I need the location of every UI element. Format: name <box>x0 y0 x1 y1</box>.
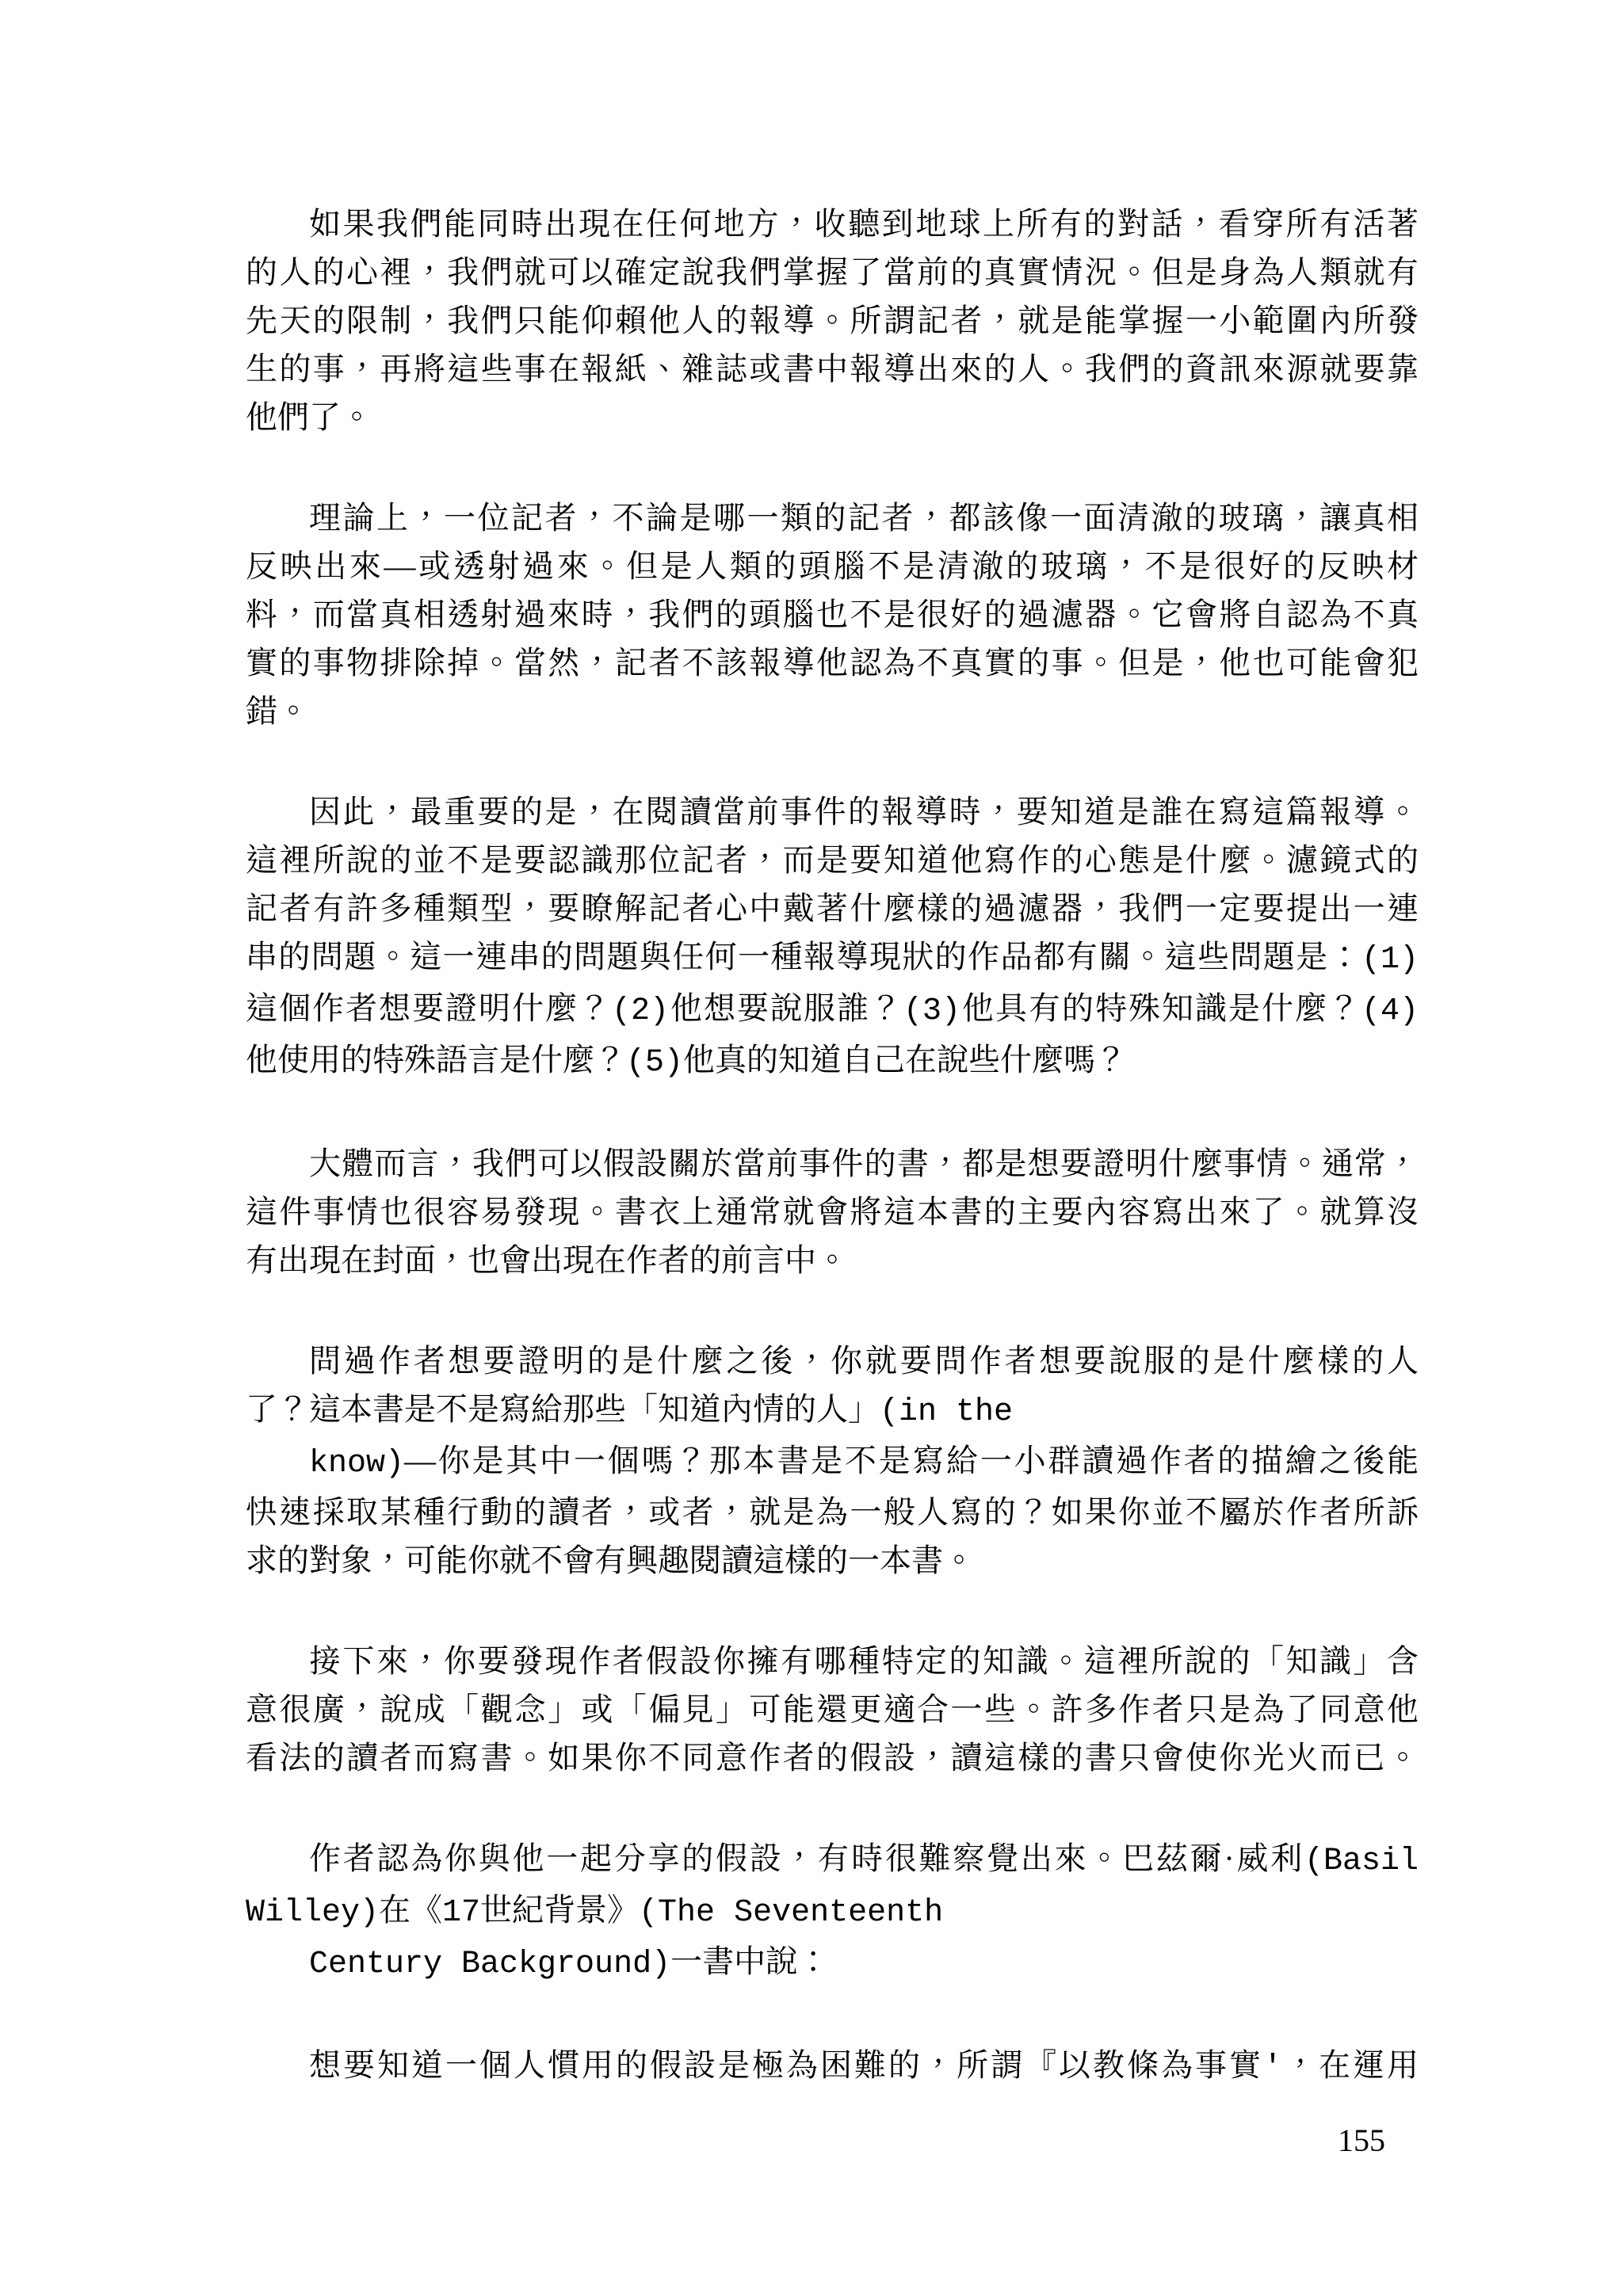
latin-text: ' <box>1263 2050 1282 2086</box>
text-line: 求的對象，可能你就不會有興趣閱讀這樣的一本書。 <box>246 1536 1419 1585</box>
text-line: 意很廣，說成「觀念」或「偏見」可能還更適合一些。許多作者只是為了同意他 <box>246 1685 1419 1733</box>
text-line: 串的問題。這一連串的問題與任何一種報導現狀的作品都有關。這些問題是：(1) <box>246 933 1419 984</box>
latin-text: Willey) <box>246 1895 379 1931</box>
latin-text: (Basil <box>1304 1844 1419 1879</box>
latin-text: (5) <box>626 1045 683 1081</box>
text-line: 記者有許多種類型，要瞭解記者心中戴著什麼樣的過濾器，我們一定要提出一連 <box>246 884 1419 933</box>
paragraph: 作者認為你與他一起分享的假設，有時很難察覺出來。巴茲爾·威利(BasilWill… <box>246 1834 1419 1989</box>
text-line: 他使用的特殊語言是什麼？(5)他真的知道自己在說些什麼嗎？ <box>246 1035 1419 1087</box>
document-page: 如果我們能同時出現在任何地方，收聽到地球上所有的對話，看穿所有活著的人的心裡，我… <box>0 0 1623 2296</box>
latin-text: (3) <box>903 994 960 1029</box>
latin-text: 17 <box>442 1895 480 1931</box>
text-line: 快速採取某種行動的讀者，或者，就是為一般人寫的？如果你並不屬於作者所訴 <box>246 1488 1419 1536</box>
latin-text: (in the <box>880 1394 1013 1430</box>
text-line: 的人的心裡，我們就可以確定說我們掌握了當前的真實情況。但是身為人類就有 <box>246 248 1419 296</box>
text-line: 如果我們能同時出現在任何地方，收聽到地球上所有的對話，看穿所有活著 <box>246 200 1419 248</box>
text-line: 想要知道一個人慣用的假設是極為困難的，所謂『以教條為事實'，在運用 <box>246 2041 1419 2092</box>
paragraph: 如果我們能同時出現在任何地方，收聽到地球上所有的對話，看穿所有活著的人的心裡，我… <box>246 200 1419 441</box>
text-line: 這裡所說的並不是要認識那位記者，而是要知道他寫作的心態是什麼。濾鏡式的 <box>246 836 1419 884</box>
text-line: Willey)在《17世紀背景》(The Seventeenth <box>246 1886 1419 1937</box>
text-line: Century Background)一書中說： <box>246 1937 1419 1989</box>
paragraph: 大體而言，我們可以假設關於當前事件的書，都是想要證明什麼事情。通常，這件事情也很… <box>246 1139 1419 1284</box>
text-line: 料，而當真相透射過來時，我們的頭腦也不是很好的過濾器。它會將自認為不真 <box>246 590 1419 639</box>
latin-text: (4) <box>1361 994 1419 1029</box>
latin-text: (2) <box>612 994 669 1029</box>
text-line: 看法的讀者而寫書。如果你不同意作者的假設，讀這樣的書只會使你光火而已。 <box>246 1733 1419 1782</box>
latin-text: (The Seventeenth <box>639 1895 943 1931</box>
latin-text: know) <box>309 1446 404 1482</box>
text-block: 如果我們能同時出現在任何地方，收聽到地球上所有的對話，看穿所有活著的人的心裡，我… <box>246 200 1419 2092</box>
text-line: 這件事情也很容易發現。書衣上通常就會將這本書的主要內容寫出來了。就算沒 <box>246 1188 1419 1236</box>
paragraph: 理論上，一位記者，不論是哪一類的記者，都該像一面清澈的玻璃，讓真相反映出來—或透… <box>246 494 1419 735</box>
text-line: know)—你是其中一個嗎？那本書是不是寫給一小群讀過作者的描繪之後能 <box>246 1436 1419 1488</box>
text-line: 作者認為你與他一起分享的假設，有時很難察覺出來。巴茲爾·威利(Basil <box>246 1834 1419 1886</box>
text-line: 了？這本書是不是寫給那些「知道內情的人」(in the <box>246 1385 1419 1436</box>
latin-text: Century Background) <box>309 1947 670 1982</box>
text-line: 理論上，一位記者，不論是哪一類的記者，都該像一面清澈的玻璃，讓真相 <box>246 494 1419 542</box>
text-line: 實的事物排除掉。當然，記者不該報導他認為不真實的事。但是，他也可能會犯 <box>246 639 1419 687</box>
text-line: 大體而言，我們可以假設關於當前事件的書，都是想要證明什麼事情。通常， <box>246 1139 1419 1188</box>
text-line: 有出現在封面，也會出現在作者的前言中。 <box>246 1236 1419 1284</box>
text-line: 錯。 <box>246 687 1419 735</box>
paragraph: 接下來，你要發現作者假設你擁有哪種特定的知識。這裡所說的「知識」含意很廣，說成「… <box>246 1637 1419 1782</box>
text-line: 接下來，你要發現作者假設你擁有哪種特定的知識。這裡所說的「知識」含 <box>246 1637 1419 1685</box>
page-number: 155 <box>1338 2122 1385 2160</box>
paragraph: 因此，最重要的是，在閱讀當前事件的報導時，要知道是誰在寫這篇報導。這裡所說的並不… <box>246 788 1419 1087</box>
paragraph: 問過作者想要證明的是什麼之後，你就要問作者想要說服的是什麼樣的人了？這本書是不是… <box>246 1337 1419 1585</box>
text-line: 先天的限制，我們只能仰賴他人的報導。所謂記者，就是能掌握一小範圍內所發 <box>246 296 1419 345</box>
text-line: 反映出來—或透射過來。但是人類的頭腦不是清澈的玻璃，不是很好的反映材 <box>246 542 1419 590</box>
text-line: 生的事，再將這些事在報紙、雜誌或書中報導出來的人。我們的資訊來源就要靠 <box>246 345 1419 393</box>
text-line: 問過作者想要證明的是什麼之後，你就要問作者想要說服的是什麼樣的人 <box>246 1337 1419 1385</box>
text-line: 他們了。 <box>246 393 1419 441</box>
text-line: 這個作者想要證明什麼？(2)他想要說服誰？(3)他具有的特殊知識是什麼？(4) <box>246 984 1419 1035</box>
paragraph: 想要知道一個人慣用的假設是極為困難的，所謂『以教條為事實'，在運用 <box>246 2041 1419 2092</box>
latin-text: (1) <box>1361 942 1419 978</box>
text-line: 因此，最重要的是，在閱讀當前事件的報導時，要知道是誰在寫這篇報導。 <box>246 788 1419 836</box>
